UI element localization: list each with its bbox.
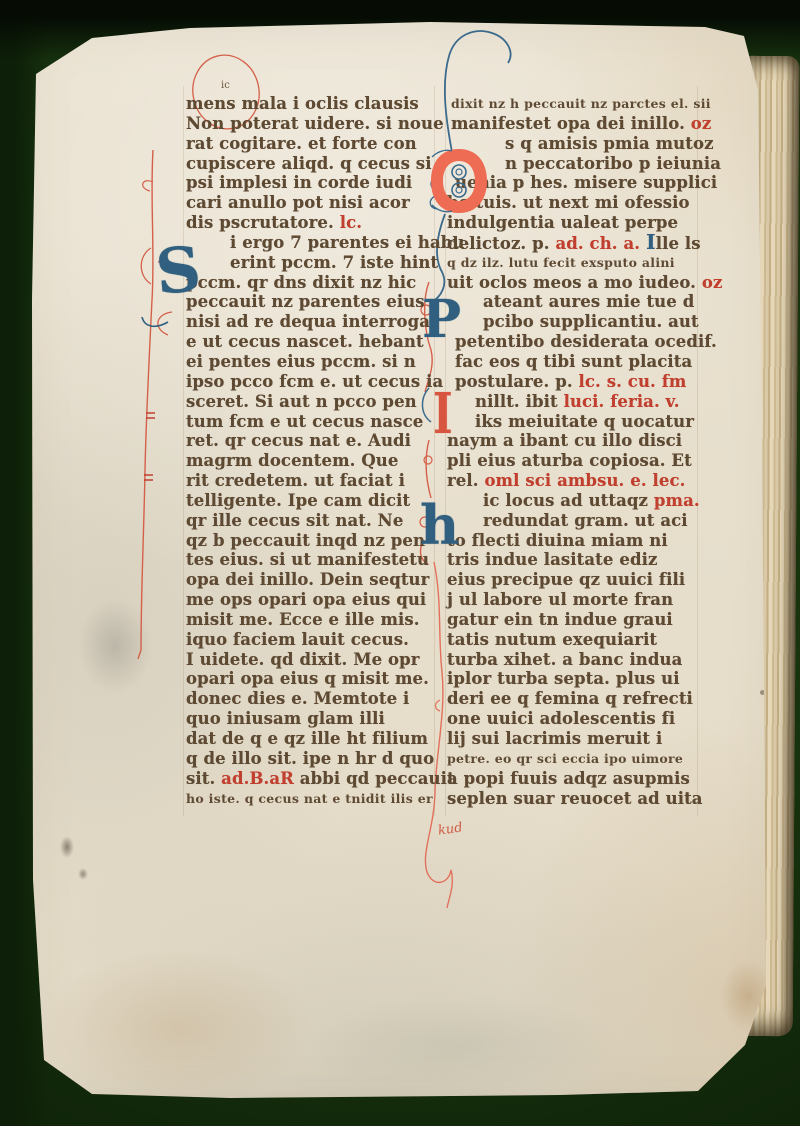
text-line: nillt. ibit luci. feria. v.: [447, 392, 697, 412]
rubric-text: lc.: [340, 213, 362, 232]
body-text: cari anullo pot nisi acor: [186, 193, 410, 212]
text-line: dat de q e qz ille ht filium: [186, 729, 436, 749]
body-text: me ops opari opa eius qui: [186, 590, 426, 609]
text-line: j ul labore ul morte fran: [447, 590, 697, 610]
text-line: quo iniusam glam illi: [186, 709, 436, 729]
body-text: telligente. Ipe cam dicit: [186, 491, 410, 510]
text-line: q dz ilz. lutu fecit exsputo alini: [447, 253, 697, 273]
text-line: psi implesi in corde iudi: [186, 173, 436, 193]
text-line: sceret. Si aut n pcco pen: [186, 392, 436, 412]
text-line: misit me. Ecce e ille mis.: [186, 610, 436, 630]
body-text: delictoz. p.: [447, 234, 555, 253]
body-text: gatur ein tn indue graui: [447, 610, 673, 629]
text-line: qr ille cecus sit nat. Ne: [186, 511, 436, 531]
body-text: deri ee q femina q refrecti: [447, 689, 693, 708]
body-text: peccauit nz parentes eius: [186, 292, 425, 311]
body-text: indulgentia ualeat perpe: [447, 213, 678, 232]
marginal-catchword: kud: [437, 820, 463, 838]
text-line: pcibo supplicantiu. aut: [447, 312, 697, 332]
text-line: lij sui lacrimis meruit i: [447, 729, 697, 749]
body-text: ret. qr cecus nat e. Audi: [186, 431, 411, 450]
text-line: Non poterat uidere. si noue: [186, 114, 436, 134]
body-text: mens mala i oclis clausis: [186, 94, 419, 113]
body-text: postulare. p.: [455, 372, 579, 391]
body-text: dis pscrutatore.: [186, 213, 340, 232]
text-line: rel. oml sci ambsu. e. lec.: [447, 471, 697, 491]
text-line: pccm. qr dns dixit nz hic: [186, 273, 436, 293]
body-text: qr ille cecus sit nat. Ne: [186, 511, 403, 530]
body-text: nisi ad re dequa interrogat: [186, 312, 438, 331]
body-text: redundat gram. ut aci: [483, 511, 688, 530]
text-line: opa dei inillo. Dein seqtur: [186, 570, 436, 590]
body-text: dixit nz h peccauit nz parctes el. sii: [451, 96, 711, 111]
text-line: postulare. p. lc. s. cu. fm: [447, 372, 697, 392]
text-line: nisi ad re dequa interrogat: [186, 312, 436, 332]
text-line: a popi fuuis adqz asupmis: [447, 769, 697, 789]
body-text: dat de q e qz ille ht filium: [186, 729, 428, 748]
body-text: ei pentes eius pccm. si n: [186, 352, 416, 371]
body-text: lij sui lacrimis meruit i: [447, 729, 662, 748]
text-line: manifestet opa dei inillo. oz: [447, 114, 697, 134]
blue-initial-text: I: [646, 230, 656, 254]
rubric-text: oz: [691, 114, 712, 133]
manuscript-photo: { "page": { "colors": { "background_gree…: [0, 0, 800, 1126]
text-line: seplen suar reuocet ad uita: [447, 789, 697, 809]
body-text: erint pccm. 7 iste hint: [230, 253, 438, 272]
body-text: opa dei inillo. Dein seqtur: [186, 570, 429, 589]
body-text: quo iniusam glam illi: [186, 709, 385, 728]
text-line: cupiscere aliqd. q cecus si: [186, 154, 436, 174]
text-line: redundat gram. ut aci: [447, 511, 697, 531]
text-line: i ergo 7 parentes ei habu: [186, 233, 436, 253]
text-line: opari opa eius q misit me.: [186, 669, 436, 689]
body-text: one uuici adolescentis fi: [447, 709, 675, 728]
body-text: n peccatoribo p ieiunia: [505, 154, 721, 173]
text-line: tatis nutum exequiarit: [447, 630, 697, 650]
initial-I: I: [433, 386, 453, 442]
text-line: rat cogitare. et forte con: [186, 134, 436, 154]
body-text: tris indue lasitate ediz: [447, 550, 657, 569]
ink-speck: [60, 836, 74, 858]
body-text: naym a ibant cu illo disci: [447, 431, 682, 450]
text-line: indulgentia ualeat perpe: [447, 213, 697, 233]
body-text: tatis nutum exequiarit: [447, 630, 657, 649]
body-text: i ergo 7 parentes ei habu: [230, 233, 465, 252]
initial-h: h: [420, 498, 459, 552]
body-text: seplen suar reuocet ad uita: [447, 789, 703, 808]
body-text: j ul labore ul morte fran: [447, 590, 673, 609]
body-text: rel.: [447, 471, 484, 490]
body-text: tes eius. si ut manifestetu: [186, 550, 429, 569]
text-line: petentibo desiderata ocedif.: [447, 332, 697, 352]
body-text: to flecti diuina miam ni: [447, 531, 668, 550]
body-text: ipso pcco fcm e. ut cecus ia: [186, 372, 443, 391]
text-line: q de illo sit. ipe n hr d quo: [186, 749, 436, 769]
body-text: misit me. Ecce e ille mis.: [186, 610, 420, 629]
rubric-text: lc. s. cu. fm: [579, 372, 687, 391]
body-text: rit credetem. ut faciat i: [186, 471, 405, 490]
text-line: qz b peccauit inqd nz pen: [186, 531, 436, 551]
rubric-text: oml sci ambsu. e. lec.: [484, 471, 685, 490]
initial-S: S: [153, 238, 203, 304]
rubric-text: ad.B.aR: [221, 769, 300, 788]
parchment-stain: [300, 995, 620, 1095]
body-text: ic locus ad uttaqz: [483, 491, 654, 510]
text-line: delictoz. p. ad. ch. a. Ille ls: [447, 233, 697, 253]
body-text: qz b peccauit inqd nz pen: [186, 531, 425, 550]
body-text: ateant aures mie tue d: [483, 292, 694, 311]
text-column-left: mens mala i oclis clausisNon poterat uid…: [186, 88, 436, 808]
rubric-text: pma.: [654, 491, 700, 510]
initial-P: P: [422, 294, 461, 346]
parchment-page: mens mala i oclis clausisNon poterat uid…: [0, 0, 800, 1126]
text-line: dis pscrutatore. lc.: [186, 213, 436, 233]
body-text: sit.: [186, 769, 221, 788]
text-line: iks meiuitate q uocatur: [447, 412, 697, 432]
body-text: Non poterat uidere. si noue: [186, 114, 444, 133]
body-text: e ut cecus nascet. hebant: [186, 332, 424, 351]
text-line: ei pentes eius pccm. si n: [186, 352, 436, 372]
text-line: ipso pcco fcm e. ut cecus ia: [186, 372, 436, 392]
body-text: pcibo supplicantiu. aut: [483, 312, 699, 331]
text-line: pli eius aturba copiosa. Et: [447, 451, 697, 471]
text-line: telligente. Ipe cam dicit: [186, 491, 436, 511]
body-text: manifestet opa dei inillo.: [451, 114, 691, 133]
text-line: ho iste. q cecus nat e tnidit ilis er: [186, 789, 436, 809]
body-text: eius precipue qz uuici fili: [447, 570, 685, 589]
body-text: ho iste. q cecus nat e tnidit ilis er: [186, 791, 433, 806]
body-text: nillt. ibit: [475, 392, 564, 411]
text-line: turba xihet. a banc indua: [447, 650, 697, 670]
text-line: one uuici adolescentis fi: [447, 709, 697, 729]
body-text: iplor turba septa. plus ui: [447, 669, 680, 688]
ruling-line: [697, 86, 698, 816]
body-text: s q amisis pmia mutoz: [505, 134, 714, 153]
text-line: sit. ad.B.aR abbi qd peccauit: [186, 769, 436, 789]
body-text: I uidete. qd dixit. Me opr: [186, 650, 420, 669]
text-line: iplor turba septa. plus ui: [447, 669, 697, 689]
body-text: pccm. qr dns dixit nz hic: [186, 273, 416, 292]
body-text: iquo faciem lauit cecus.: [186, 630, 409, 649]
text-line: me ops opari opa eius qui: [186, 590, 436, 610]
body-text: fac eos q tibi sunt placita: [455, 352, 692, 371]
text-line: tum fcm e ut cecus nasce: [186, 412, 436, 432]
body-text: opari opa eius q misit me.: [186, 669, 429, 688]
text-line: gatur ein tn indue graui: [447, 610, 697, 630]
text-line: eius precipue qz uuici fili: [447, 570, 697, 590]
body-text: petentibo desiderata ocedif.: [455, 332, 717, 351]
text-line: naym a ibant cu illo disci: [447, 431, 697, 451]
text-line: peccauit nz parentes eius: [186, 292, 436, 312]
text-line: donec dies e. Memtote i: [186, 689, 436, 709]
text-line: fac eos q tibi sunt placita: [447, 352, 697, 372]
body-text: uenia p hes. misere supplici: [455, 173, 717, 192]
text-line: tris indue lasitate ediz: [447, 550, 697, 570]
rubric-text: oz: [702, 273, 723, 292]
initial-O: O: [430, 147, 488, 215]
text-line: ret. qr cecus nat e. Audi: [186, 431, 436, 451]
parchment-stain: [78, 598, 152, 694]
rubric-text: ad. ch. a.: [555, 234, 646, 253]
body-text: lle ls: [656, 234, 701, 253]
body-text: turba xihet. a banc indua: [447, 650, 682, 669]
text-line: uit oclos meos a mo iudeo. oz: [447, 273, 697, 293]
body-text: abbi qd peccauit: [300, 769, 455, 788]
text-line: ic locus ad uttaqz pma.: [447, 491, 697, 511]
ink-speck: [78, 868, 88, 880]
text-line: rit credetem. ut faciat i: [186, 471, 436, 491]
body-text: magrm docentem. Que: [186, 451, 399, 470]
ruling-line: [183, 86, 184, 816]
text-line: dixit nz h peccauit nz parctes el. sii: [447, 94, 697, 114]
text-line: iquo faciem lauit cecus.: [186, 630, 436, 650]
body-text: rat cogitare. et forte con: [186, 134, 417, 153]
body-text: tum fcm e ut cecus nasce: [186, 412, 423, 431]
text-line: I uidete. qd dixit. Me opr: [186, 650, 436, 670]
body-text: donec dies e. Memtote i: [186, 689, 409, 708]
body-text: q dz ilz. lutu fecit exsputo alini: [447, 255, 675, 270]
text-line: cari anullo pot nisi acor: [186, 193, 436, 213]
text-line: e ut cecus nascet. hebant: [186, 332, 436, 352]
marginal-top-mark: ic: [221, 80, 230, 91]
text-line: mens mala i oclis clausis: [186, 94, 436, 114]
text-line: petre. eo qr sci eccia ipo uimore: [447, 749, 697, 769]
rubric-text: luci. feria. v.: [564, 392, 680, 411]
body-text: pli eius aturba copiosa. Et: [447, 451, 692, 470]
body-text: q de illo sit. ipe n hr d quo: [186, 749, 434, 768]
body-text: psi implesi in corde iudi: [186, 173, 412, 192]
text-line: magrm docentem. Que: [186, 451, 436, 471]
body-text: uit oclos meos a mo iudeo.: [447, 273, 702, 292]
parchment-stain: [44, 948, 314, 1108]
text-line: deri ee q femina q refrecti: [447, 689, 697, 709]
body-text: iks meiuitate q uocatur: [475, 412, 694, 431]
text-line: ateant aures mie tue d: [447, 292, 697, 312]
body-text: sceret. Si aut n pcco pen: [186, 392, 417, 411]
text-line: tes eius. si ut manifestetu: [186, 550, 436, 570]
text-line: to flecti diuina miam ni: [447, 531, 697, 551]
body-text: cupiscere aliqd. q cecus si: [186, 154, 432, 173]
text-line: erint pccm. 7 iste hint: [186, 253, 436, 273]
initial-O-icon: [430, 147, 488, 215]
body-text: petre. eo qr sci eccia ipo uimore: [447, 751, 683, 766]
body-text: a popi fuuis adqz asupmis: [447, 769, 690, 788]
